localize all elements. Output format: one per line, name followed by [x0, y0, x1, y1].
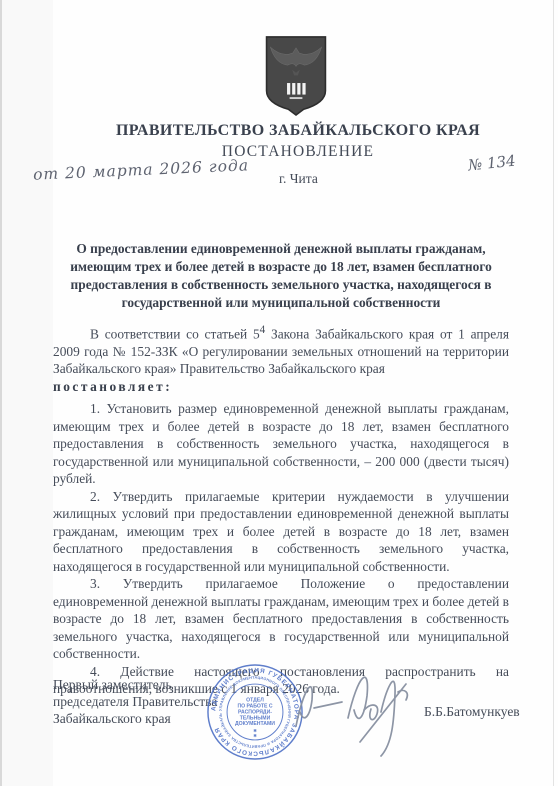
coat-of-arms-icon [264, 33, 328, 119]
document-body: О предоставлении единовременной денежной… [53, 240, 509, 698]
stamp-center-line: ТЕЛЬНЫМИ [240, 715, 271, 721]
scan-shading [0, 0, 53, 786]
resolves-word: постановляет: [53, 378, 509, 396]
signer-name: Б.Б.Батомункуев [424, 704, 520, 720]
stamp-mark: ✱ [253, 728, 257, 733]
scanned-document-page: ПРАВИТЕЛЬСТВО ЗАБАЙКАЛЬСКОГО КРАЯ ПОСТАН… [0, 0, 558, 786]
handwritten-signature [268, 648, 418, 758]
org-name: ПРАВИТЕЛЬСТВО ЗАБАЙКАЛЬСКОГО КРАЯ [38, 122, 558, 140]
signer-position-line: Забайкальского края [53, 710, 217, 727]
stamp-center-line: ОТДЕЛ [246, 698, 264, 704]
signer-position-line: председателя Правительства [53, 693, 217, 710]
paragraph-2: 2. Утвердить прилагаемые критерии нуждае… [53, 488, 509, 576]
city-label: г. Чита [279, 171, 318, 187]
handwritten-number: № 134 [467, 152, 516, 175]
stamp-mark: ✱ [253, 733, 257, 738]
scan-edge-left [0, 0, 2, 786]
scan-edge-right [553, 0, 554, 786]
intro-paragraph: В соответствии со статьей 54 Закона Заба… [53, 322, 509, 378]
document-title: О предоставлении единовременной денежной… [57, 240, 505, 312]
intro-text-before: В соответствии со статьей 5 [90, 326, 260, 341]
paragraph-1: 1. Установить размер единовременной дене… [53, 400, 509, 488]
signer-position: Первый заместитель председателя Правител… [53, 676, 217, 727]
signer-position-line: Первый заместитель [53, 676, 217, 693]
